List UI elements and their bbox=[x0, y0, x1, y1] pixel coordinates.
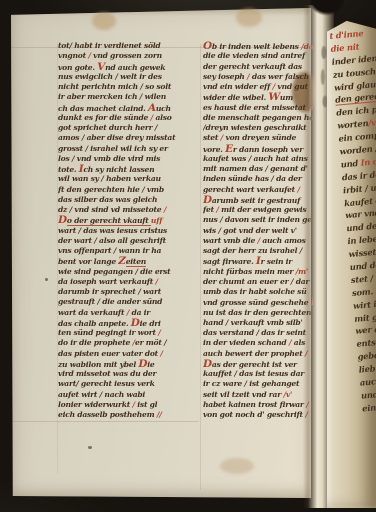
text-segment: die menschait pegangen hat bbox=[203, 113, 313, 122]
text-segment: der chumt an euer er / dar bbox=[203, 277, 309, 286]
text-segment: vird missetot was du der bbox=[58, 369, 156, 378]
text-line: die menschait pegangen hat/ bbox=[203, 113, 313, 123]
text-line: wart da verkauft / da ir bbox=[58, 308, 199, 318]
text-segment: nus ewigclich / welt ir des bbox=[58, 72, 162, 81]
text-line: da ioseph wart verkauft / bbox=[58, 277, 199, 287]
text-line: kauffet / das ist iesus dar bbox=[203, 369, 313, 379]
text-segment: kaufet was / auch hat ains bbox=[203, 154, 308, 163]
text-segment: / bbox=[164, 205, 167, 214]
text-segment: D bbox=[131, 318, 140, 328]
text-line: gestrauft / die ander sünd bbox=[58, 297, 199, 307]
text-segment: wart/ gerecht iesus verk bbox=[58, 379, 155, 388]
text-segment: die nit bbox=[330, 41, 359, 53]
text-line: die die vieden sind antref bbox=[203, 51, 313, 61]
text-line: tot/ habt ir verdienet söld bbox=[58, 41, 199, 51]
text-segment: V bbox=[97, 62, 105, 72]
text-segment: tot/ habt ir verdienet söld bbox=[58, 41, 161, 50]
text-segment: amos / aber dise drey misstat bbox=[58, 133, 175, 142]
text-line: eich dasselb posthehem // bbox=[58, 410, 199, 420]
text-segment: eich dasselb posthehem bbox=[58, 410, 157, 419]
text-line: got sprichet durch herr / bbox=[58, 123, 199, 133]
text-segment: in leben ein bbox=[347, 232, 376, 247]
text-line: wart/ gerecht iesus verk bbox=[58, 379, 199, 389]
text-line: in der vieden schand / als bbox=[203, 338, 313, 348]
text-segment: auch bewert der prophet bbox=[203, 349, 305, 358]
text-segment: ft den gerechten hie / vmb bbox=[58, 185, 164, 194]
text-segment: ch das machet claind. bbox=[58, 104, 148, 113]
text-line: dunkt es for die sünde / also bbox=[58, 113, 199, 123]
text-line: wie sind pegangen / die erst bbox=[58, 267, 199, 277]
text-segment: die die vieden sind antref bbox=[203, 51, 305, 60]
text-segment: seit vil tzeit vnd rar bbox=[203, 390, 283, 399]
text-segment: wart da verkauft bbox=[58, 308, 127, 317]
text-segment: wis / got vnd der welt v' bbox=[203, 226, 297, 235]
text-segment: gerecht wart verkaufet bbox=[203, 185, 297, 194]
text-line: bent vor lange Zeiten bbox=[58, 256, 199, 266]
text-line: Darumb seit ir gestrauf bbox=[203, 195, 313, 205]
text-segment: stet / wann bbox=[350, 271, 376, 285]
text-line: aufet wirt / nach wabi bbox=[58, 390, 199, 400]
text-segment: in der vieden schand bbox=[203, 338, 289, 347]
text-segment: von dreyen sünde bbox=[223, 133, 296, 142]
text-line: von gote. Vnd auch gewek bbox=[58, 62, 199, 72]
text-segment: eiten bbox=[126, 257, 146, 266]
text-segment: das pisten euer vater dot bbox=[58, 349, 160, 358]
text-segment: hand / verkauft vmb silb' bbox=[203, 318, 303, 327]
text-segment: umb das ir habt solche sü bbox=[203, 287, 306, 296]
text-segment: auch amos bbox=[260, 236, 306, 245]
right-page-text: t d'innedie nitinder iden wzu touschnwir… bbox=[329, 25, 376, 415]
text-segment: darumb ir sprechet / wart bbox=[58, 287, 161, 296]
text-segment: wirt in / r bbox=[353, 297, 376, 311]
text-line: es haust die erst missetat /so bbox=[203, 103, 313, 113]
text-segment: /vnd de bbox=[368, 115, 376, 128]
text-segment: sagt der herr zu israhel / bbox=[203, 246, 302, 255]
text-segment: uch bbox=[156, 104, 171, 113]
text-segment: kaufet die bbox=[344, 194, 376, 208]
text-line: zu wabilon mit ybel Die bbox=[58, 359, 199, 369]
text-segment: sey ioseph bbox=[203, 72, 247, 81]
text-segment: vore. bbox=[203, 145, 225, 154]
text-line: vns offenpart / wann ir ha bbox=[58, 246, 199, 256]
text-line: der wart / also all geschrift bbox=[58, 236, 199, 246]
text-segment: D bbox=[203, 195, 212, 205]
text-segment: mit der ewigen gewis bbox=[219, 205, 307, 214]
text-segment: und den t bbox=[349, 258, 376, 272]
text-line: nu ist das ir den gerechten bbox=[203, 308, 313, 318]
text-line: Ob ir inden welt lebens /das bbox=[203, 41, 313, 51]
text-segment: nus / davon seit ir inden ge bbox=[203, 215, 312, 224]
text-segment: gestrauft / die ander sünd bbox=[58, 297, 162, 306]
text-segment: los / vnd vmb die vird mis bbox=[58, 154, 160, 163]
text-segment: / bbox=[297, 185, 300, 194]
text-line: wis / got vnd der welt v' bbox=[203, 226, 313, 236]
text-segment: vnd grossen zorn bbox=[91, 51, 162, 60]
text-segment: vns offenpart / wann ir ha bbox=[58, 246, 161, 255]
text-segment: vnd grosse sünd geschehe bbox=[203, 298, 311, 307]
text-segment: vngnot bbox=[58, 51, 88, 60]
text-column-left: tot/ habt ir verdienet söldvngnot / vnd … bbox=[58, 41, 199, 420]
text-line: das silber das was gleich bbox=[58, 195, 199, 205]
text-line: ir cz ware / ist gehanget bbox=[203, 379, 313, 389]
text-segment: also bbox=[153, 113, 172, 122]
text-segment: E bbox=[225, 144, 233, 154]
text-line: lonier widerwurkt / ist gl bbox=[58, 400, 199, 410]
right-page-edge: t d'innedie nitinder iden wzu touschnwir… bbox=[327, 16, 376, 508]
text-line: dz / vnd sind vd missetote / bbox=[58, 205, 199, 215]
manuscript-photo: tot/ habt ir verdienet söldvngnot / vnd … bbox=[0, 0, 376, 512]
text-line: nus ewigclich / welt ir des bbox=[58, 72, 199, 82]
text-segment: /dreyn wiesten geschraikt bbox=[203, 123, 306, 132]
text-segment: habet kainen trost firwar bbox=[203, 400, 306, 409]
text-segment: O bbox=[203, 41, 212, 51]
text-segment: nicht fürbas mein mer bbox=[203, 267, 296, 276]
text-line: kaufet was / auch hat ains bbox=[203, 154, 313, 164]
text-segment: D bbox=[58, 215, 67, 225]
text-segment: mit namen das / genant d' bbox=[203, 164, 308, 173]
text-line: von got noch d' geschrift / bbox=[203, 410, 313, 420]
text-line: vird missetot was du der bbox=[58, 369, 199, 379]
text-segment: wer auf sol bbox=[355, 322, 376, 336]
text-line: vnd ein wider eff / vnd gut bbox=[203, 82, 313, 92]
text-segment: da ir bbox=[129, 308, 150, 317]
text-line: ten sünd pegingt ir wort / bbox=[58, 328, 199, 338]
text-segment: das ir der bbox=[341, 169, 376, 183]
text-line: ir aber mercken ich / wilen bbox=[58, 92, 199, 102]
text-line: habet kainen trost firwar / bbox=[203, 400, 313, 410]
text-line: ch das machet claind. Auch bbox=[58, 103, 199, 113]
page-top-shadow bbox=[11, 8, 311, 16]
text-segment: dunkt es for die sünde bbox=[58, 113, 151, 122]
text-line: wart / das was iesus cristus bbox=[58, 226, 199, 236]
text-segment: o der gerecht vkauft bbox=[67, 216, 151, 225]
text-segment: W bbox=[268, 92, 280, 102]
speck bbox=[45, 278, 48, 281]
text-segment: /v' bbox=[283, 390, 292, 399]
text-segment: das verstand / das ir seint bbox=[203, 328, 306, 337]
text-line: nicht fürbas mein mer /m' bbox=[203, 267, 313, 277]
text-segment: Z bbox=[118, 256, 125, 266]
text-line: fet / mit der ewigen gewis bbox=[203, 205, 313, 215]
text-segment: aufet wirt / nach wabi bbox=[58, 390, 145, 399]
text-line: sey ioseph / das wer falsch bbox=[203, 72, 313, 82]
text-line: das verstand / das ir seint bbox=[203, 328, 313, 338]
text-line: gerecht wart verkaufet / bbox=[203, 185, 313, 195]
text-line: los / vnd vmb die vird mis bbox=[58, 154, 199, 164]
text-segment: kauffet / das ist iesus dar bbox=[203, 369, 304, 378]
text-segment: sagt firware. bbox=[203, 257, 256, 266]
text-line: grosst / israhel wil ich sy er bbox=[58, 144, 199, 154]
ruling-line-between-columns bbox=[200, 44, 201, 490]
text-line: das chalb anpete. Die dri bbox=[58, 318, 199, 328]
text-segment: got sprichet durch herr / bbox=[58, 123, 157, 132]
text-line: sagt firware. Ir sein ir bbox=[203, 256, 313, 266]
text-segment: nd auch gewek bbox=[105, 63, 165, 72]
text-segment: war vnd w bbox=[345, 207, 376, 221]
text-line: tote. Ich sy nicht lassen bbox=[58, 164, 199, 174]
text-segment: wart / das was iesus cristus bbox=[58, 226, 167, 235]
text-segment: ten sünd pegingt ir wort bbox=[58, 328, 158, 337]
text-segment: worden / sp bbox=[339, 142, 376, 156]
text-segment: D bbox=[203, 359, 212, 369]
text-line: hand / verkauft vmb silb' bbox=[203, 318, 313, 328]
text-segment: das wer falsch bbox=[249, 72, 309, 81]
text-line: wart vmb die / auch amos bbox=[203, 236, 313, 246]
ruling-line-bottom bbox=[13, 421, 199, 422]
text-segment: worten bbox=[337, 118, 369, 131]
text-line: amos / aber dise drey misstat bbox=[58, 133, 199, 143]
text-segment: / bbox=[158, 328, 161, 337]
text-line: nus / davon seit ir inden ge bbox=[203, 215, 313, 225]
text-line: mit namen das / genant d' bbox=[203, 164, 313, 174]
text-segment: der wart / also all geschrift bbox=[58, 236, 166, 245]
text-line: darumb ir sprechet / wart bbox=[58, 287, 199, 297]
text-line: auch bewert der prophet / bbox=[203, 349, 313, 359]
text-segment: A bbox=[148, 103, 156, 113]
text-segment: und bbox=[340, 158, 361, 170]
text-segment: zu wabilon mit ybel bbox=[58, 360, 138, 369]
text-segment: som. bbox=[352, 286, 376, 298]
text-segment: zu touschn bbox=[332, 65, 376, 79]
text-segment: stet bbox=[203, 133, 221, 142]
text-line: vnd grosse sünd geschehe B bbox=[203, 297, 313, 307]
text-segment: bent vor lange bbox=[58, 257, 118, 266]
text-line: umb das ir habt solche sü bbox=[203, 287, 313, 297]
text-segment: fet bbox=[203, 205, 216, 214]
text-segment: tote. bbox=[58, 165, 79, 174]
text-segment: lonier widerwurkt bbox=[58, 400, 132, 409]
text-line: sagt der herr zu israhel / bbox=[203, 246, 313, 256]
text-segment: wart vmb die bbox=[203, 236, 257, 245]
text-line: der chumt an euer er / dar bbox=[203, 277, 313, 287]
text-segment: nicht perichtn mich / so solt bbox=[58, 82, 171, 91]
text-line: ft den gerechten hie / vmb bbox=[58, 185, 199, 195]
text-segment: ir aber mercken ich / wilen bbox=[58, 92, 166, 101]
text-segment: arumb seit ir gestrauf bbox=[212, 196, 300, 205]
text-segment: as der gerecht ist ver bbox=[212, 360, 297, 369]
text-segment: ist gl bbox=[135, 400, 157, 409]
text-line: do ir die prophete /er möt / bbox=[58, 338, 199, 348]
text-line: Das der gerecht ist ver bbox=[203, 359, 313, 369]
text-segment: ch sy nicht lassen bbox=[83, 165, 154, 174]
text-segment: der gerecht verkauft das bbox=[203, 62, 302, 71]
text-line: stet / von dreyen sünde bbox=[203, 133, 313, 143]
text-segment: vnd ein wider eff bbox=[203, 82, 272, 91]
text-segment: ie dri bbox=[140, 319, 161, 328]
text-segment: ie bbox=[147, 360, 154, 369]
text-segment: wie sind pegangen / die erst bbox=[58, 267, 170, 276]
text-segment: r dann ioseph ver bbox=[233, 145, 303, 154]
text-line: wider die wibel. Wum bbox=[203, 92, 313, 102]
text-segment: wisset wo d bbox=[348, 245, 376, 259]
text-segment: uff bbox=[151, 216, 162, 225]
text-segment: wider die wibel. bbox=[203, 93, 268, 102]
text-line: /dreyn wiesten geschraikt bbox=[203, 123, 313, 133]
stain bbox=[220, 458, 254, 474]
text-segment: da ioseph wart verkauft bbox=[58, 277, 155, 286]
text-segment: D bbox=[138, 359, 147, 369]
text-segment: von gote. bbox=[58, 63, 97, 72]
stain bbox=[236, 8, 262, 27]
text-line: das pisten euer vater dot / bbox=[58, 349, 199, 359]
text-segment: das chalb anpete. bbox=[58, 319, 131, 328]
text-segment: In don bbox=[360, 155, 376, 167]
stain bbox=[92, 12, 116, 30]
text-segment: es haust die erst missetat bbox=[203, 103, 308, 112]
text-segment: / bbox=[160, 349, 163, 358]
text-line: inden sünde has / da der bbox=[203, 174, 313, 184]
gutter-top-shadow bbox=[310, 0, 344, 34]
text-segment: von got noch d' geschrift bbox=[203, 410, 305, 419]
text-segment: ir cz ware / ist gehanget bbox=[203, 379, 299, 388]
text-segment: do ir die prophete bbox=[58, 338, 133, 347]
text-segment: // bbox=[157, 410, 162, 419]
text-line: nicht perichtn mich / so solt bbox=[58, 82, 199, 92]
speck bbox=[88, 446, 92, 449]
text-line: seit vil tzeit vnd rar /v' bbox=[203, 390, 313, 400]
text-segment: b ir inden welt lebens bbox=[212, 42, 301, 51]
text-segment: das silber das was gleich bbox=[58, 195, 157, 204]
text-column-right: Ob ir inden welt lebens /dasdie die vied… bbox=[203, 41, 313, 420]
text-segment: / bbox=[155, 277, 158, 286]
text-segment: nu ist das ir den gerechten bbox=[203, 308, 311, 317]
text-line: der gerecht verkauft das bbox=[203, 62, 313, 72]
text-segment: um bbox=[280, 93, 293, 102]
text-segment: grosst / israhel wil ich sy er bbox=[58, 144, 168, 153]
text-line: Do der gerecht vkauft uff bbox=[58, 215, 199, 225]
text-segment: den ich pre bbox=[336, 104, 376, 118]
text-segment: inden sünde has / da der bbox=[203, 174, 302, 183]
text-segment: er möt / bbox=[135, 338, 167, 347]
text-segment: wil wan sy / haben verkau bbox=[58, 174, 161, 183]
text-line: wil wan sy / haben verkau bbox=[58, 174, 199, 184]
text-line: vngnot / vnd grossen zorn bbox=[58, 51, 199, 61]
text-segment: dz / vnd sind vd missetote bbox=[58, 205, 164, 214]
text-segment: r sein ir bbox=[261, 257, 292, 266]
text-line: vore. Er dann ioseph ver bbox=[203, 144, 313, 154]
